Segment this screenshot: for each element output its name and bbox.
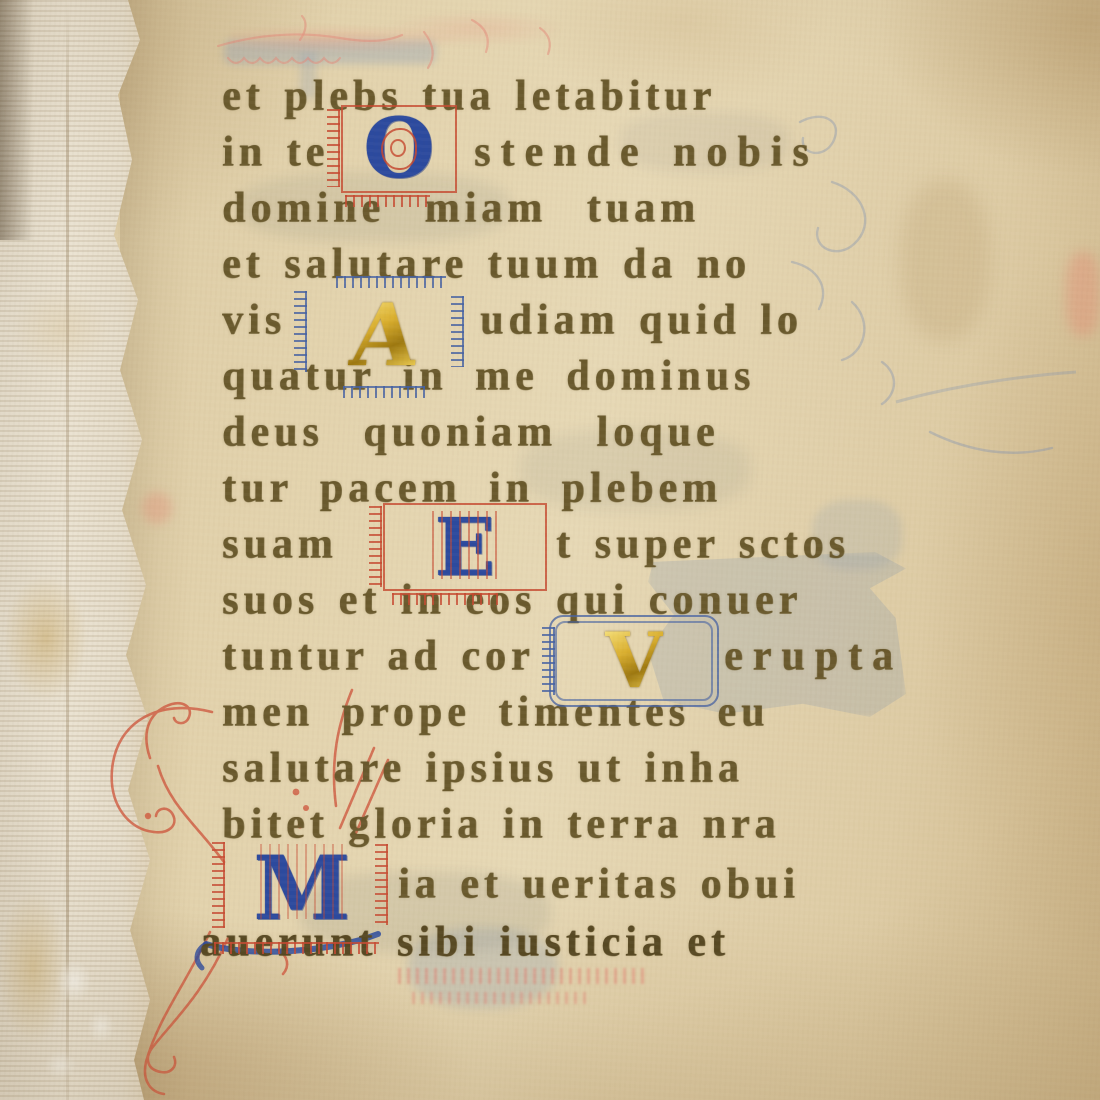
line-text: in te	[222, 128, 330, 176]
line-text: salutare ipsius ut inha	[222, 744, 744, 792]
text-line-2a: in te	[222, 125, 330, 179]
text-line-15: ia et ueritas obui	[398, 857, 800, 911]
line-text: ia et ueritas obui	[398, 860, 800, 908]
line-text: deus quoniam loque	[222, 408, 720, 456]
illuminated-initial-E: E	[382, 502, 548, 592]
illuminated-initial-V: V	[548, 614, 720, 708]
penwork-comb	[451, 296, 464, 368]
stain-mid-right	[900, 180, 990, 340]
line-text: stende nobis	[474, 128, 819, 176]
text-line-11b: erupta	[724, 629, 903, 683]
penwork-hatch	[432, 511, 498, 579]
line-text: erupta	[724, 632, 903, 680]
line-text: udiam quid lo	[480, 296, 803, 344]
penwork-comb	[212, 842, 225, 927]
line-text: suam	[222, 520, 338, 568]
text-line-1: et plebs tua letabitur	[222, 69, 717, 123]
show-through-blue-top	[224, 40, 436, 64]
text-line-5b: udiam quid lo	[480, 293, 803, 347]
penwork-comb	[542, 627, 555, 695]
penwork-comb	[343, 386, 426, 398]
manuscript-leaf-photo: et plebs tua letabitur in te stende nobi…	[0, 0, 1100, 1100]
penwork-comb	[369, 506, 382, 587]
line-text: t super sctos	[556, 520, 850, 568]
text-line-13: salutare ipsius ut inha	[222, 741, 744, 795]
show-through-pink-top	[230, 8, 560, 60]
parchment-crack	[66, 0, 69, 1100]
text-line-9b: t super sctos	[556, 517, 850, 571]
text-line-11a: tuntur ad cor	[222, 629, 535, 683]
illuminated-initial-A: A	[298, 280, 470, 392]
penwork-comb	[294, 291, 307, 372]
penwork-comb	[214, 942, 379, 954]
text-line-2b: stende nobis	[474, 125, 819, 179]
show-through-pink-right	[1066, 252, 1100, 336]
abraded-spot	[38, 955, 128, 1085]
line-text: et plebs tua letabitur	[222, 72, 717, 120]
line-text: vis	[222, 296, 286, 344]
illuminated-initial-O: O	[340, 104, 458, 194]
penwork-comb	[327, 109, 340, 186]
line-text: tuntur ad cor	[222, 632, 535, 680]
line-text: domine miam tuam	[222, 184, 700, 232]
penwork-comb	[345, 195, 430, 207]
text-line-5a: vis	[222, 293, 286, 347]
penwork-scroll	[381, 128, 417, 170]
text-line-3: domine miam tuam	[222, 181, 700, 235]
penwork-hatch	[260, 844, 345, 919]
text-line-9a: suam	[222, 517, 338, 571]
penwork-comb	[375, 844, 388, 925]
initial-letter: A	[346, 293, 422, 379]
illuminated-initial-M: M	[206, 836, 398, 940]
page-edge-shadow	[0, 0, 34, 240]
initial-letter: V	[605, 623, 664, 699]
text-line-7: deus quoniam loque	[222, 405, 720, 459]
penwork-comb	[392, 593, 498, 605]
show-through-stamp-pink2	[412, 992, 592, 1004]
show-through-stamp-pink	[398, 968, 650, 984]
